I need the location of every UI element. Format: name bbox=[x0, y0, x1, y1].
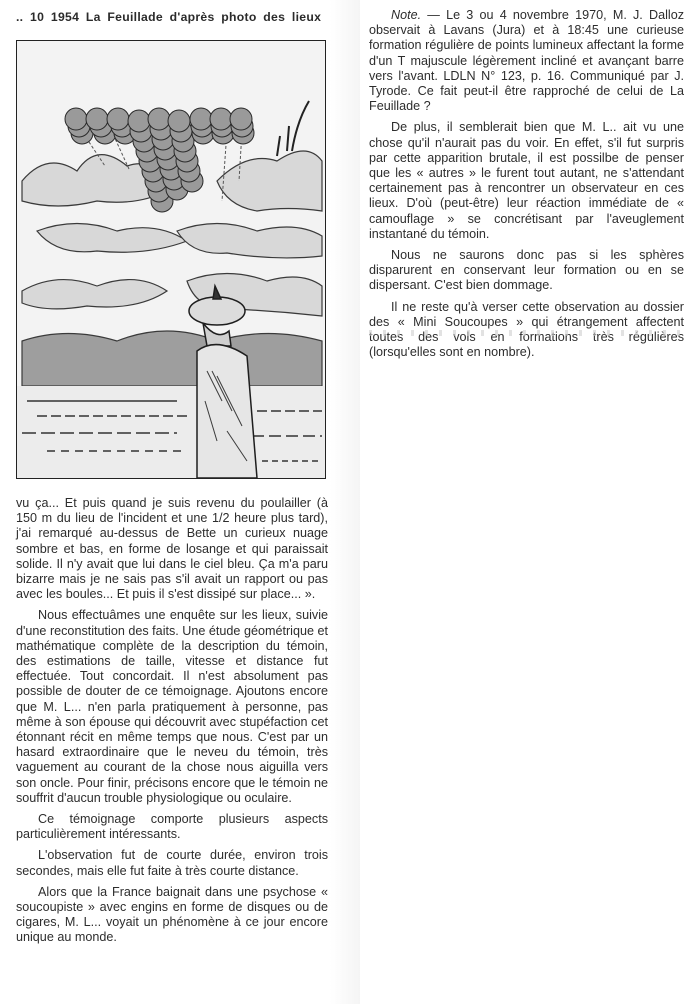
note-label: Note. bbox=[391, 8, 421, 22]
note-paragraph: Note. — Le 3 ou 4 novembre 1970, M. J. D… bbox=[369, 8, 684, 114]
paragraph: Ce témoignage comporte plusieurs aspects… bbox=[16, 812, 328, 842]
note-text: — Le 3 ou 4 novembre 1970, M. J. Dalloz … bbox=[369, 8, 684, 113]
paragraph: De plus, il semblerait bien que M. L.. a… bbox=[369, 120, 684, 242]
right-text-column: Note. — Le 3 ou 4 novembre 1970, M. J. D… bbox=[369, 8, 684, 366]
paragraph: Alors que la France baignait dans une ps… bbox=[16, 885, 328, 946]
figure-caption: .. 10 1954 La Feuillade d'après photo de… bbox=[16, 10, 321, 24]
paragraph: Nous effectuâmes une enquête sur les lie… bbox=[16, 608, 328, 806]
page-bleed-through bbox=[330, 0, 360, 1004]
illustration-drawing bbox=[17, 41, 325, 478]
cut-off-text-line bbox=[369, 330, 684, 336]
paragraph: vu ça... Et puis quand je suis revenu du… bbox=[16, 496, 328, 602]
paragraph: Nous ne saurons donc pas si les sphères … bbox=[369, 248, 684, 294]
paragraph: L'observation fut de courte durée, envir… bbox=[16, 848, 328, 878]
left-text-column: vu ça... Et puis quand je suis revenu du… bbox=[16, 496, 328, 952]
illustration-figure bbox=[16, 40, 326, 479]
